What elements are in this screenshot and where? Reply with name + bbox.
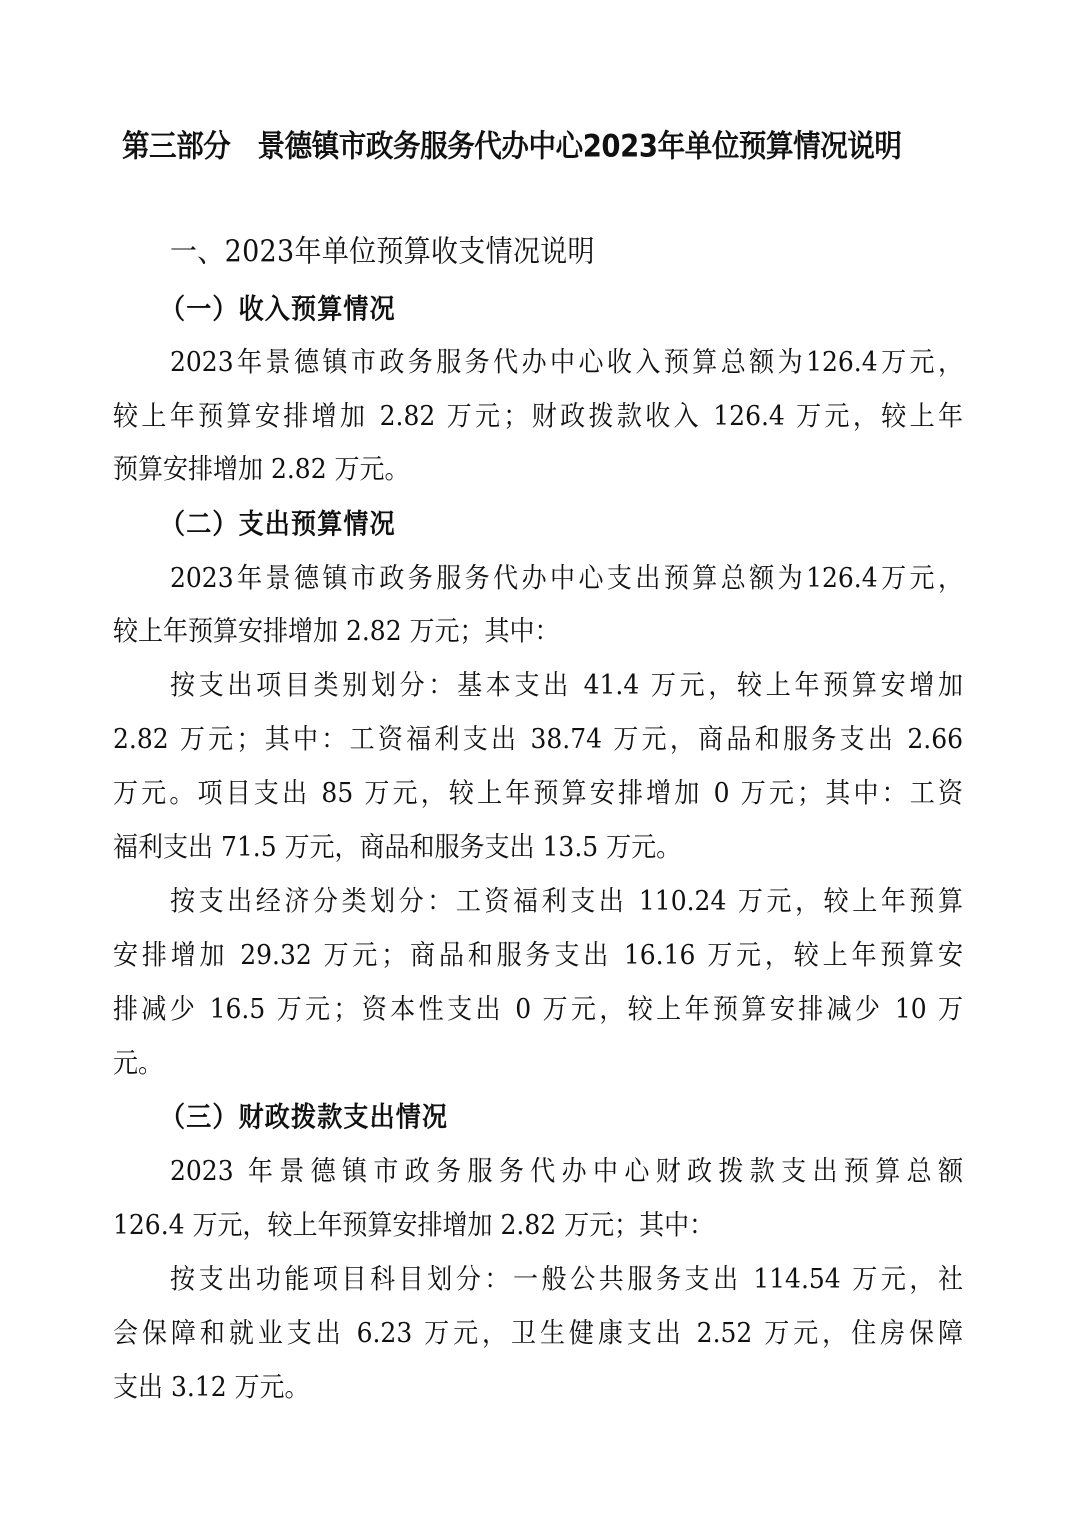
subsection-heading-expenditure: （二）支出预算情况 <box>160 502 396 546</box>
paragraph-line: 按支出功能项目科目划分：一般公共服务支出 114.54 万元，社 <box>170 1257 963 1301</box>
paragraph-line: 福利支出 71.5 万元，商品和服务支出 13.5 万元。 <box>113 825 963 869</box>
paragraph-line: 2023 年景德镇市政务服务代办中心财政拨款支出预算总额 <box>170 1149 963 1193</box>
paragraph-line: 2.82 万元；其中：工资福利支出 38.74 万元，商品和服务支出 2.66 <box>113 717 963 761</box>
paragraph-line: 较上年预算安排增加 2.82 万元；其中： <box>113 609 963 653</box>
document-page: 第三部分 景德镇市政务服务代办中心2023年单位预算情况说明 一、2023年单位… <box>0 0 1074 1520</box>
document-title: 第三部分 景德镇市政务服务代办中心2023年单位预算情况说明 <box>122 124 962 169</box>
paragraph-line: 2023年景德镇市政务服务代办中心支出预算总额为126.4万元， <box>170 556 963 600</box>
paragraph-line: 支出 3.12 万元。 <box>113 1365 963 1409</box>
paragraph-line: 元。 <box>113 1041 963 1085</box>
paragraph-line: 2023年景德镇市政务服务代办中心收入预算总额为126.4万元， <box>170 340 963 384</box>
paragraph-line: 安排增加 29.32 万元；商品和服务支出 16.16 万元，较上年预算安 <box>113 933 963 977</box>
subsection-heading-income: （一）收入预算情况 <box>160 287 396 331</box>
paragraph-line: 预算安排增加 2.82 万元。 <box>113 447 963 491</box>
paragraph-line: 126.4 万元，较上年预算安排增加 2.82 万元；其中： <box>113 1203 963 1247</box>
paragraph-line: 排减少 16.5 万元；资本性支出 0 万元，较上年预算安排减少 10 万 <box>113 987 963 1031</box>
paragraph-line: 按支出经济分类划分：工资福利支出 110.24 万元，较上年预算 <box>170 879 963 923</box>
paragraph-line: 万元。项目支出 85 万元，较上年预算安排增加 0 万元；其中：工资 <box>113 771 963 815</box>
paragraph-line: 按支出项目类别划分：基本支出 41.4 万元，较上年预算安增加 <box>170 663 963 707</box>
paragraph-line: 会保障和就业支出 6.23 万元，卫生健康支出 2.52 万元，住房保障 <box>113 1311 963 1355</box>
section-heading-budget-overview: 一、2023年单位预算收支情况说明 <box>170 230 595 275</box>
paragraph-line: 较上年预算安排增加 2.82 万元；财政拨款收入 126.4 万元，较上年 <box>113 394 963 438</box>
subsection-heading-fiscal-appropriation: （三）财政拨款支出情况 <box>160 1095 448 1139</box>
